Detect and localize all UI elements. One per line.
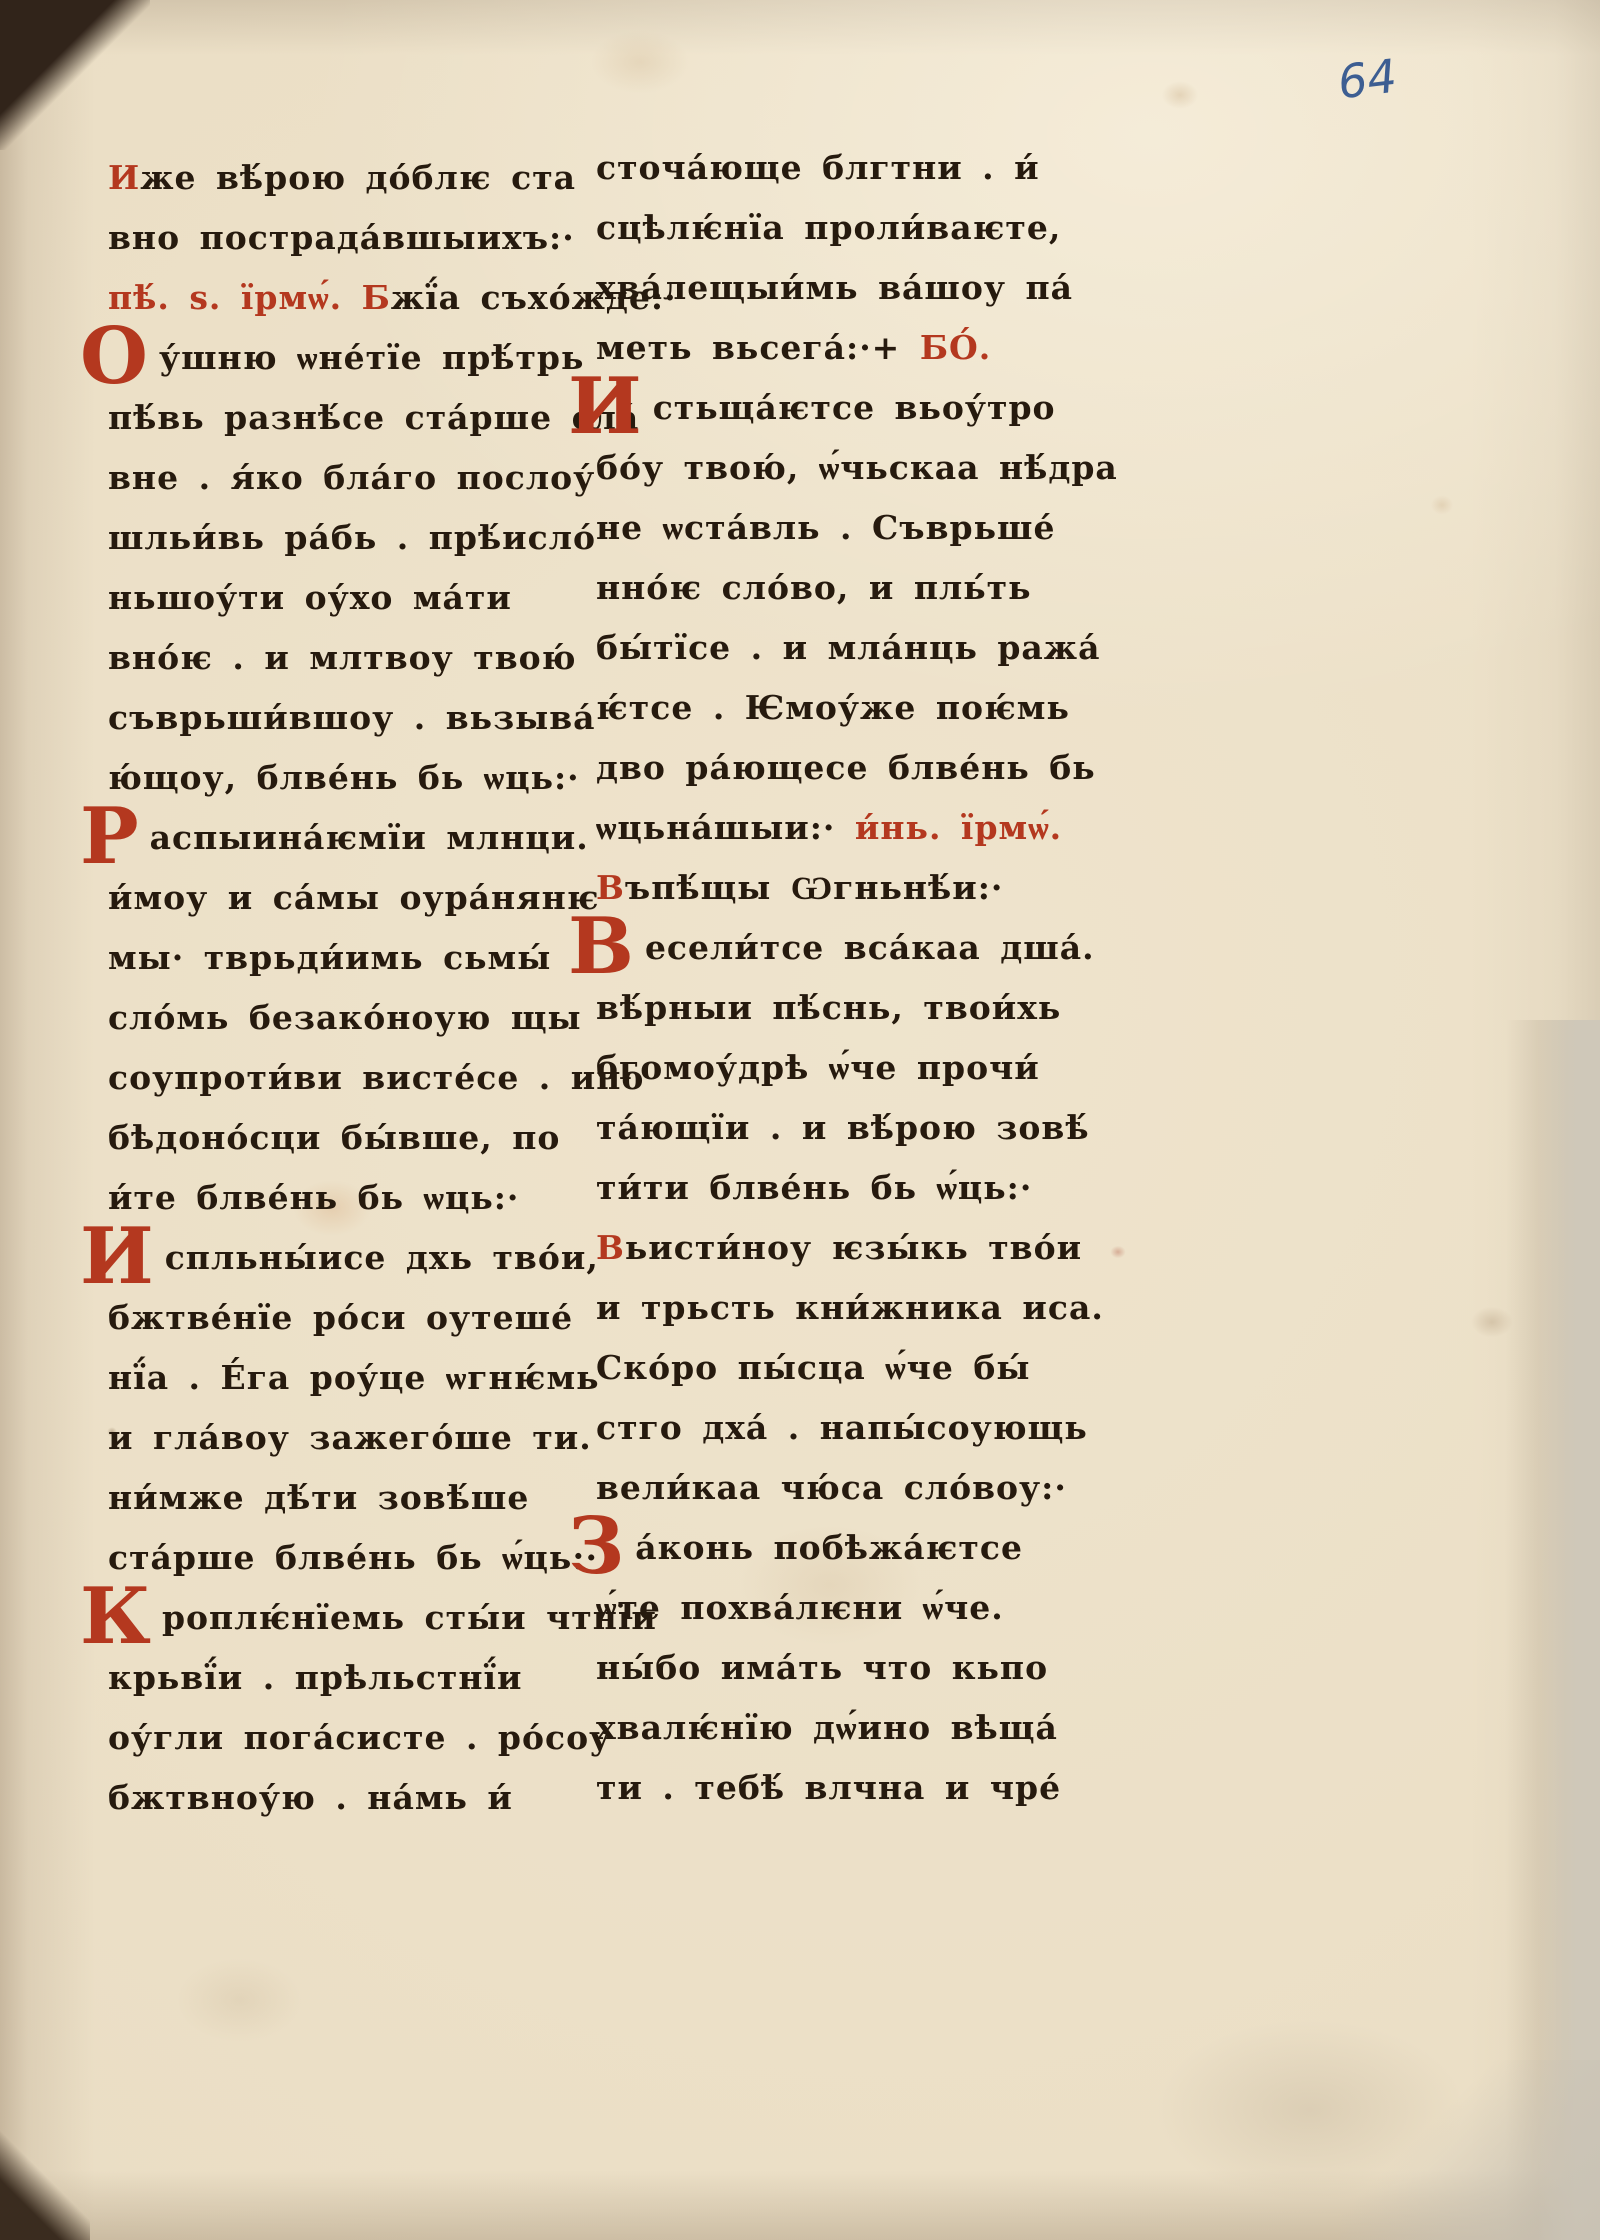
ink-text: ны́бо има́ть что кьпо — [596, 1648, 1048, 1687]
text-line: крьвї́и . прѣльстнї́и — [108, 1648, 578, 1708]
text-line: и гла́воу зажего́ше ти. — [108, 1408, 578, 1468]
ink-text: стго дха́ . напы́соующь — [596, 1408, 1088, 1447]
ink-text: хвалѥ́нїю дѡ́ино вѣща́ — [596, 1708, 1058, 1747]
rubric-initial: Р — [80, 808, 140, 866]
text-line: Ско́ро пы́сца ѡ́че бы́ — [596, 1338, 1116, 1398]
ink-text: бо́у твою́, ѡ́чьскаа нѣ́дра — [596, 448, 1118, 487]
text-line: и́те блве́нь бь ѡць:· — [108, 1168, 578, 1228]
text-line: ѥ́тсе . Ѥмоу́же поѥ́мь — [596, 678, 1116, 738]
text-line: сцѣлѥ́нїа проли́ваѥте, — [596, 198, 1116, 258]
ink-text: вне . я́ко бла́го послоу́ — [108, 458, 595, 497]
text-line: бжтвноу́ю . на́мь и́ — [108, 1768, 578, 1828]
ink-text: ста́рше блве́нь бь ѡ́ць:· — [108, 1538, 598, 1577]
text-line: пѣ́вь разнѣ́се ста́рше сла́ — [108, 388, 578, 448]
ink-text: ъпѣ́щы Ѡгньнѣ́и:· — [625, 868, 1004, 907]
text-line: дво ра́ющесе блве́нь бь — [596, 738, 1116, 798]
ink-text: вно пострада́вшыихъ:· — [108, 218, 575, 257]
rubric-initial: И — [80, 1228, 155, 1286]
ink-text: бѣдоно́сци бы́вше, по — [108, 1118, 560, 1157]
text-line: вно пострада́вшыихъ:· — [108, 208, 578, 268]
text-line: не ѡста́вль . Съврьше́ — [596, 498, 1116, 558]
ink-text: ѡ́те похва́лѥни ѡ́че. — [596, 1588, 1004, 1627]
text-line: хвалѥ́нїю дѡ́ино вѣща́ — [596, 1698, 1116, 1758]
ink-text: сточа́юще блгтни . и́ — [596, 148, 1040, 187]
text-line: и́моу и са́мы оура́нянѥ — [108, 868, 578, 928]
rubric-text: В — [596, 1228, 625, 1267]
ink-text: крьвї́и . прѣльстнї́и — [108, 1658, 523, 1697]
ink-text: Ско́ро пы́сца ѡ́че бы́ — [596, 1348, 1030, 1387]
text-line: Распыина́ѥмїи млнци. — [108, 808, 578, 868]
bottom-left-shadow — [0, 2130, 90, 2240]
ink-text: ю́щоу, блве́нь бь ѡць:· — [108, 758, 580, 797]
manuscript-photo: { "page": { "folio_number": "64", "color… — [0, 0, 1600, 2240]
ink-text: и́те блве́нь бь ѡць:· — [108, 1178, 519, 1217]
text-line: ста́рше блве́нь бь ѡ́ць:· — [108, 1528, 578, 1588]
text-line: меть вьсега́:·+ БО́. — [596, 318, 1116, 378]
text-line: шльи́вь ра́бь . прѣ́исло́ — [108, 508, 578, 568]
ink-text: сцѣлѥ́нїа проли́ваѥте, — [596, 208, 1061, 247]
rubric-text: Б — [362, 278, 391, 317]
text-line: мы· тврьди́имь сьмы́ — [108, 928, 578, 988]
text-line: ѡцьна́шыи:· и́нь. їрмѡ́. — [596, 798, 1116, 858]
text-line: Весели́тсе вса́каа дша́. — [596, 918, 1116, 978]
text-line: оу́гли пога́систе . ро́соу — [108, 1708, 578, 1768]
ink-text: бгомоу́дрѣ ѡ́че прочи́ — [596, 1048, 1040, 1087]
rubric-initial: К — [80, 1588, 152, 1646]
ink-text: ьисти́ноу ѥзы́кь тво́и — [625, 1228, 1082, 1267]
ink-text: ѥ́тсе . Ѥмоу́же поѥ́мь — [596, 688, 1070, 727]
ink-text: пѣ́вь разнѣ́се ста́рше сла́ — [108, 398, 639, 437]
ink-text: и́моу и са́мы оура́нянѥ — [108, 878, 600, 917]
text-line: ѡ́те похва́лѥни ѡ́че. — [596, 1578, 1116, 1638]
ink-text: ти . тебѣ́ влчна и чре́ — [596, 1768, 1061, 1807]
text-line: та́ющїи . и вѣ́рою зовѣ́ — [596, 1098, 1116, 1158]
ink-text: ньшоу́ти оу́хо ма́ти — [108, 578, 512, 617]
ink-text: вѣ́рныи пѣ́снь, твои́хь — [596, 988, 1061, 1027]
ink-text: у́шню ѡне́тїе прѣ́трь — [159, 338, 584, 377]
ink-text: а́конь побѣжа́ѥтсе — [635, 1528, 1023, 1567]
rubric-text: В — [596, 868, 625, 907]
text-line: Испльны́исе дхь тво́и, — [108, 1228, 578, 1288]
rubric-initial: И — [568, 378, 643, 436]
ink-text: съврьши́вшоу . вьзыва́ — [108, 698, 596, 737]
folio-number: 64 — [1335, 49, 1400, 110]
text-line: бо́у твою́, ѡ́чьскаа нѣ́дра — [596, 438, 1116, 498]
ink-text: вели́каа чю́са сло́воу:· — [596, 1468, 1067, 1507]
text-line: Вьисти́ноу ѥзы́кь тво́и — [596, 1218, 1116, 1278]
bottom-right-page-edge — [1340, 2060, 1600, 2240]
ink-text: вно́ѥ . и млтвоу твою́ — [108, 638, 576, 677]
ink-text: есели́тсе вса́каа дша́. — [645, 928, 1095, 967]
right-text-column: сточа́юще блгтни . и́сцѣлѥ́нїа проли́ваѥ… — [596, 138, 1116, 1818]
text-line: соупроти́ви висте́се . ипо — [108, 1048, 578, 1108]
binding-corner-shadow — [0, 0, 150, 150]
ink-text: аспыина́ѥмїи млнци. — [150, 818, 589, 857]
ink-text: ѡцьна́шыи:· — [596, 808, 855, 847]
ink-text: сло́мь безако́ноую щы — [108, 998, 582, 1037]
ink-text: бжтве́нїе ро́си оутеше́ — [108, 1298, 573, 1337]
text-line: бжтве́нїе ро́си оутеше́ — [108, 1288, 578, 1348]
text-line: ни́мже дѣ́ти зовѣ́ше — [108, 1468, 578, 1528]
page-edge-curl — [1505, 1020, 1600, 2240]
rubric-text: пѣ́. ѕ. їрмѡ́. — [108, 278, 362, 317]
ink-text: оу́гли пога́систе . ро́соу — [108, 1718, 611, 1757]
text-line: съврьши́вшоу . вьзыва́ — [108, 688, 578, 748]
text-line: нї́а . Е́га роу́це ѡгнѥ́мь — [108, 1348, 578, 1408]
rubric-initial: З — [568, 1518, 625, 1576]
text-line: сточа́юще блгтни . и́ — [596, 138, 1116, 198]
text-line: ти . тебѣ́ влчна и чре́ — [596, 1758, 1116, 1818]
ink-text: и трьсть кни́жника иса. — [596, 1288, 1104, 1327]
text-line: бы́тїсе . и мла́нць ража́ — [596, 618, 1116, 678]
ink-text: ни́мже дѣ́ти зовѣ́ше — [108, 1478, 529, 1517]
rubric-text: БО́. — [920, 328, 991, 367]
ink-text: меть вьсега́:·+ — [596, 328, 920, 367]
text-line: сло́мь безако́ноую щы — [108, 988, 578, 1048]
text-line: ю́щоу, блве́нь бь ѡць:· — [108, 748, 578, 808]
text-line: Истьща́ѥтсе вьоу́тро — [596, 378, 1116, 438]
text-line: вели́каа чю́са сло́воу:· — [596, 1458, 1116, 1518]
rubric-initial: В — [568, 918, 635, 976]
ink-text: роплѥ́нїемь сты́и чтнїи — [162, 1598, 657, 1637]
text-line: За́конь побѣжа́ѥтсе — [596, 1518, 1116, 1578]
ink-text: не ѡста́вль . Съврьше́ — [596, 508, 1055, 547]
ink-text: шльи́вь ра́бь . прѣ́исло́ — [108, 518, 596, 557]
text-line: ны́бо има́ть что кьпо — [596, 1638, 1116, 1698]
text-line: ньшоу́ти оу́хо ма́ти — [108, 568, 578, 628]
text-line: бѣдоно́сци бы́вше, по — [108, 1108, 578, 1168]
text-line: пѣ́. ѕ. їрмѡ́. Бжї́а съхо́жде:· — [108, 268, 578, 328]
text-line: Иже вѣ́рою до́блѥ ста — [108, 148, 578, 208]
ink-text: та́ющїи . и вѣ́рою зовѣ́ — [596, 1108, 1090, 1147]
ink-text: нї́а . Е́га роу́це ѡгнѥ́мь — [108, 1358, 600, 1397]
rubric-text: и́нь. їрмѡ́. — [855, 808, 1062, 847]
ink-text: и гла́воу зажего́ше ти. — [108, 1418, 592, 1457]
text-line: вно́ѥ . и млтвоу твою́ — [108, 628, 578, 688]
ink-text: дво ра́ющесе блве́нь бь — [596, 748, 1096, 787]
text-line: вѣ́рныи пѣ́снь, твои́хь — [596, 978, 1116, 1038]
ink-text: бы́тїсе . и мла́нць ража́ — [596, 628, 1101, 667]
text-line: ти́ти блве́нь бь ѡ́ць:· — [596, 1158, 1116, 1218]
ink-text: ти́ти блве́нь бь ѡ́ць:· — [596, 1168, 1032, 1207]
left-text-column: Иже вѣ́рою до́блѥ ставно пострада́вшыихъ… — [108, 148, 578, 1828]
ink-text: мы· тврьди́имь сьмы́ — [108, 938, 551, 977]
text-line: вне . я́ко бла́го послоу́ — [108, 448, 578, 508]
text-line: нно́ѥ сло́во, и пль́ть — [596, 558, 1116, 618]
rubric-text: И — [108, 158, 140, 197]
ink-text: хва́лещыи́мь ва́шоу па́ — [596, 268, 1073, 307]
ink-text: нно́ѥ сло́во, и пль́ть — [596, 568, 1032, 607]
ink-text: спльны́исе дхь тво́и, — [165, 1238, 599, 1277]
text-line: и трьсть кни́жника иса. — [596, 1278, 1116, 1338]
ink-text: стьща́ѥтсе вьоу́тро — [653, 388, 1056, 427]
text-line: стго дха́ . напы́соующь — [596, 1398, 1116, 1458]
text-line: хва́лещыи́мь ва́шоу па́ — [596, 258, 1116, 318]
text-line: Въпѣ́щы Ѡгньнѣ́и:· — [596, 858, 1116, 918]
ink-text: же вѣ́рою до́блѥ ста — [140, 158, 576, 197]
text-line: Оу́шню ѡне́тїе прѣ́трь — [108, 328, 578, 388]
rubric-initial: О — [80, 328, 149, 386]
text-line: Кроплѥ́нїемь сты́и чтнїи — [108, 1588, 578, 1648]
ink-text: соупроти́ви висте́се . ипо — [108, 1058, 644, 1097]
text-line: бгомоу́дрѣ ѡ́че прочи́ — [596, 1038, 1116, 1098]
ink-text: бжтвноу́ю . на́мь и́ — [108, 1778, 513, 1817]
